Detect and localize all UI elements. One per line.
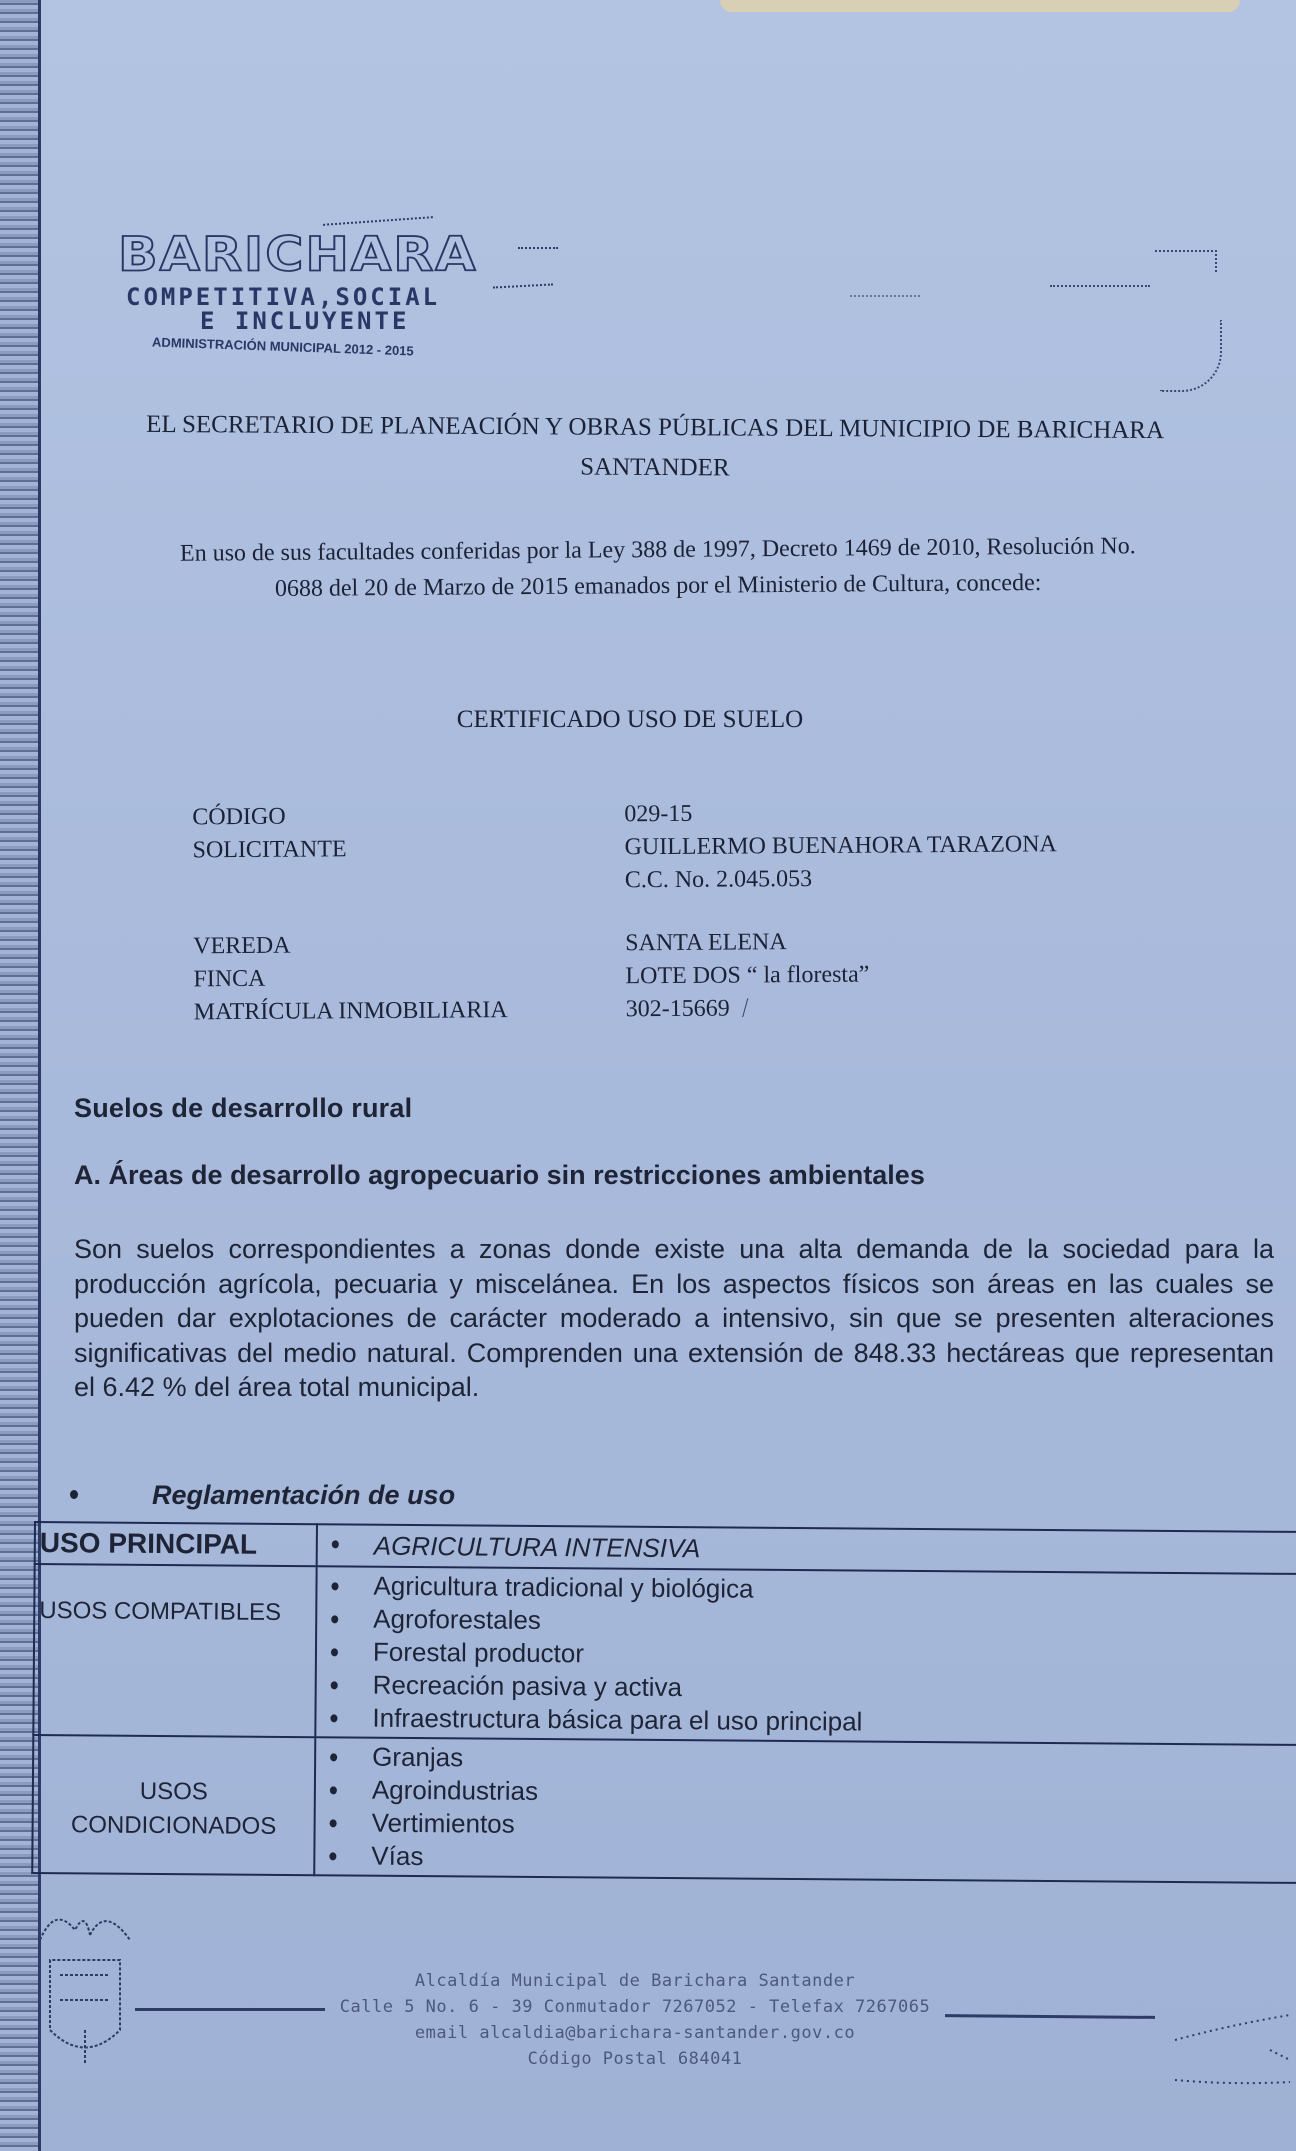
field-value: 302-15669 (626, 996, 730, 1023)
section-subheading: A. Áreas de desarrollo agropecuario sin … (74, 1160, 925, 1191)
page-clip (720, 0, 1240, 12)
logo-decoration (518, 247, 558, 250)
list-item: Vías (325, 1839, 1296, 1880)
issuer-title: EL SECRETARIO DE PLANEACIÓN Y OBRAS PÚBL… (80, 404, 1230, 491)
footer-rule-right (945, 2014, 1155, 2019)
field-value: SANTA ELENA (625, 924, 1143, 961)
uses-list: AGRICULTURA INTENSIVA (318, 1525, 1296, 1573)
field-label: SOLICITANTE (192, 831, 624, 867)
section-heading: Suelos de desarrollo rural (74, 1093, 412, 1124)
check-mark-icon: ⁄ (738, 993, 753, 1025)
uses-list: Granjas Agroindustrias Vertimientos Vías (315, 1738, 1296, 1882)
field-label (193, 864, 625, 900)
field-matricula: MATRÍCULA INMOBILIARIA 302-15669⁄ (194, 990, 1144, 1030)
footer-email: email alcaldia@barichara-santander.gov.c… (330, 2020, 940, 2046)
regulation-title: Reglamentación de uso (152, 1480, 455, 1511)
list-item: Infraestructura básica para el uso princ… (326, 1701, 1296, 1742)
row-label: USOS COMPATIBLES (39, 1567, 311, 1627)
certificate-title: CERTIFICADO USO DE SUELO (200, 706, 1060, 734)
logo-tagline-2: E INCLUYENTE (200, 307, 409, 335)
legal-intro: En uso de sus facultades conferidas por … (68, 527, 1249, 608)
field-id-number: C.C. No. 2.045.053 (193, 861, 1143, 901)
issuer-line-2: SANTANDER (80, 444, 1230, 491)
table-row: USOS CONDICIONADOS Granjas Agroindustria… (32, 1735, 1296, 1883)
faint-stamp-icon (1100, 250, 1240, 390)
coat-of-arms-icon (30, 1900, 140, 2070)
list-item: AGRICULTURA INTENSIVA (328, 1527, 1296, 1571)
logo-decoration (323, 216, 433, 227)
field-value: 029-15 (624, 795, 1142, 832)
field-label: CÓDIGO (192, 798, 624, 834)
document-page: BARICHARA COMPETITIVA,SOCIAL E INCLUYENT… (0, 0, 1296, 2151)
field-value: C.C. No. 2.045.053 (625, 861, 1143, 898)
footer-postal-code: Código Postal 684041 (330, 2046, 940, 2072)
signature-mark-icon (1170, 1990, 1296, 2110)
field-value: GUILLERMO BUENAHORA TARAZONA (624, 828, 1142, 865)
field-label: MATRÍCULA INMOBILIARIA (194, 993, 626, 1029)
logo-name: BARICHARA (118, 228, 477, 282)
logo-decoration (493, 283, 553, 289)
field-label: VEREDA (193, 927, 625, 963)
certificate-fields: CÓDIGO 029-15 SOLICITANTE GUILLERMO BUEN… (192, 795, 1144, 1030)
row-label-line-1: USOS (140, 1778, 208, 1806)
regulation-table: USO PRINCIPAL AGRICULTURA INTENSIVA USOS… (31, 1521, 1296, 1884)
table-row: USOS COMPATIBLES Agricultura tradicional… (33, 1564, 1296, 1745)
issuer-line-1: EL SECRETARIO DE PLANEACIÓN Y OBRAS PÚBL… (80, 404, 1230, 451)
uses-list: Agricultura tradicional y biológica Agro… (316, 1567, 1296, 1744)
logo-administration: ADMINISTRACIÓN MUNICIPAL 2012 - 2015 (152, 334, 414, 358)
footer-rule-left (135, 2008, 325, 2011)
footer-contact: Alcaldía Municipal de Barichara Santande… (330, 1968, 940, 2072)
municipality-logo: BARICHARA COMPETITIVA,SOCIAL E INCLUYENT… (118, 225, 558, 365)
row-label: USOS CONDICIONADOS (37, 1738, 310, 1844)
field-label: FINCA (193, 960, 625, 996)
section-paragraph: Son suelos correspondientes a zonas dond… (74, 1232, 1274, 1405)
field-value: LOTE DOS “ la floresta” (625, 957, 1143, 994)
footer-office: Alcaldía Municipal de Barichara Santande… (330, 1968, 940, 1994)
bullet-icon (70, 1490, 78, 1499)
footer-address: Calle 5 No. 6 - 39 Conmutador 7267052 - … (330, 1994, 940, 2020)
row-label: USO PRINCIPAL (40, 1527, 258, 1560)
row-label-line-2: CONDICIONADOS (71, 1811, 277, 1840)
page-footer: Alcaldía Municipal de Barichara Santande… (0, 1890, 1296, 2151)
